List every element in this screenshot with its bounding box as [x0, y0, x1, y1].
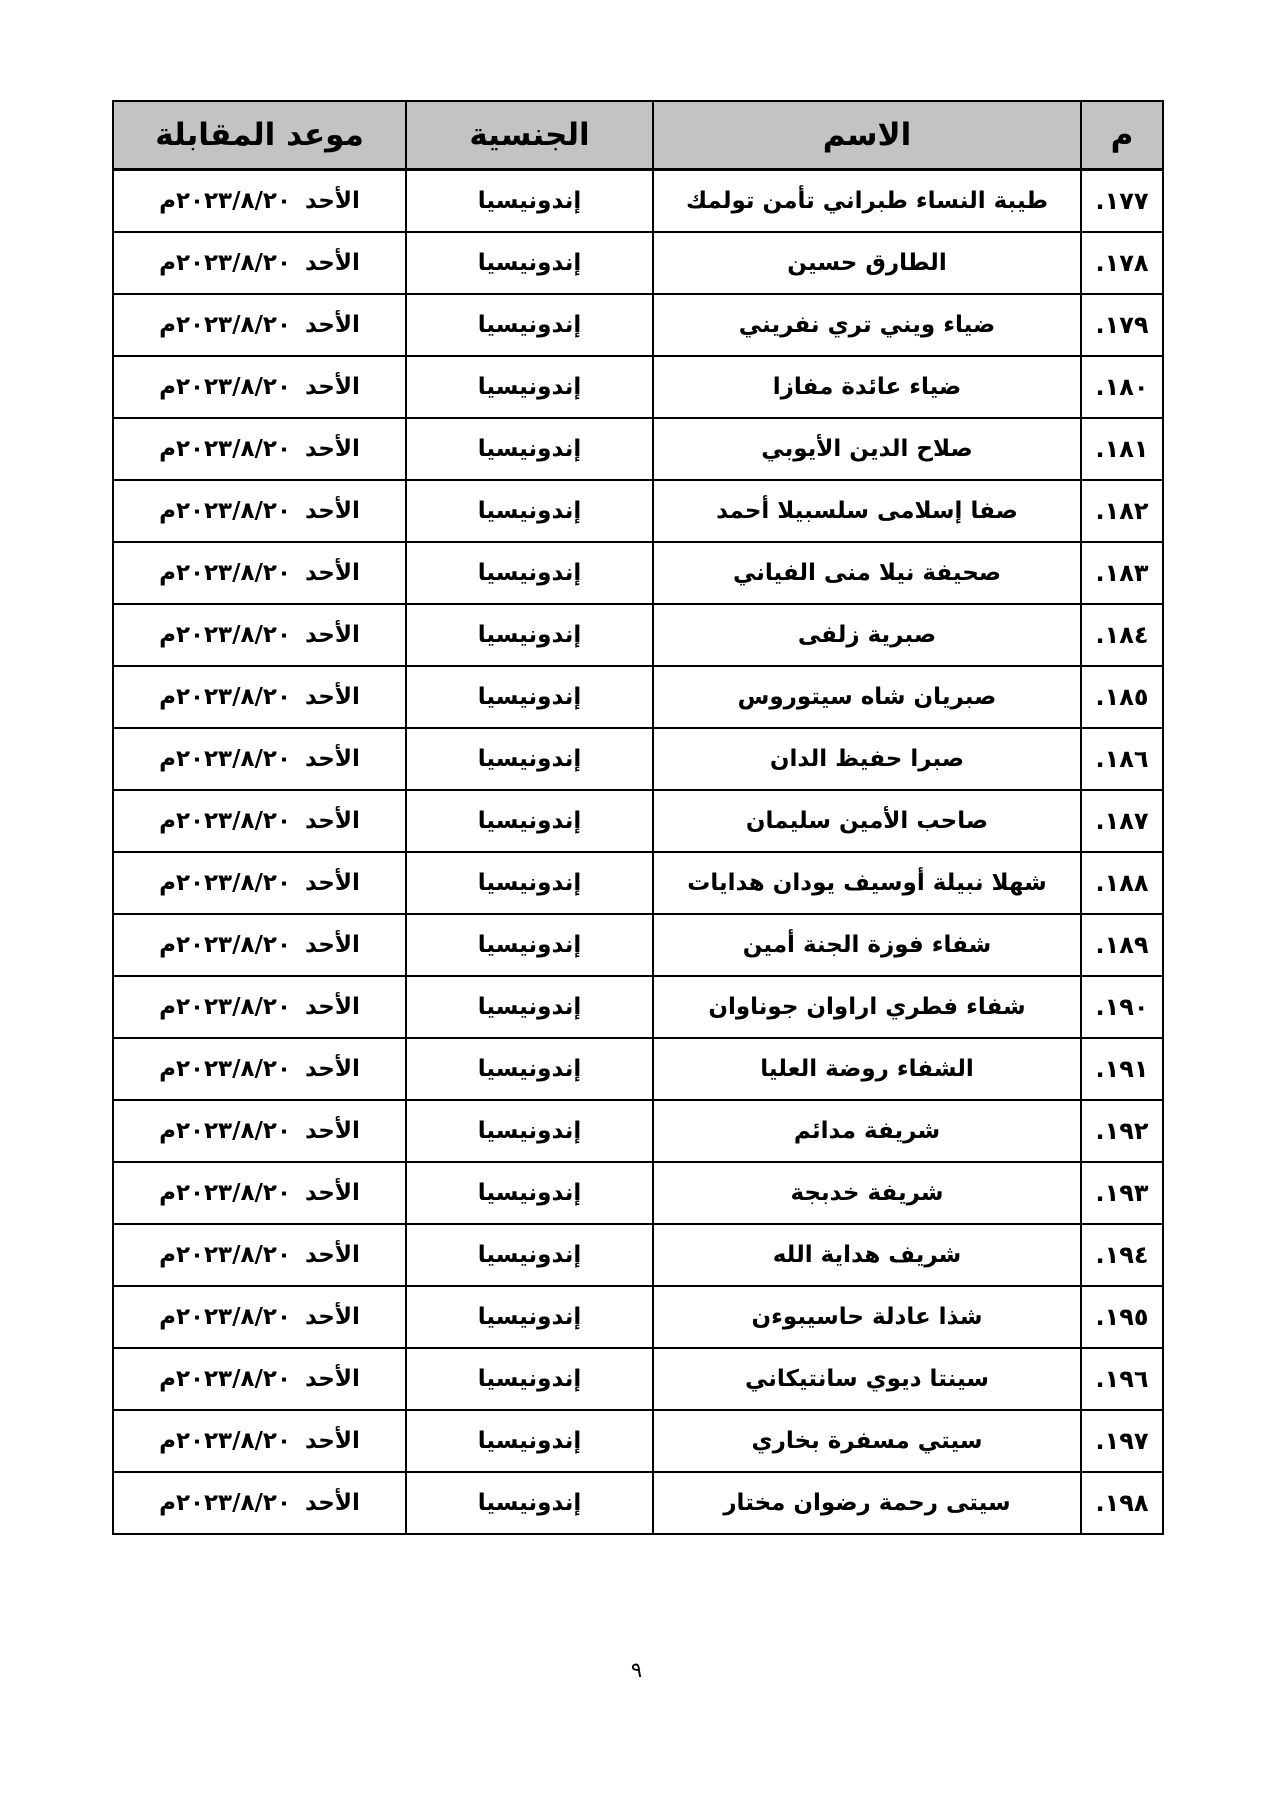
interview-date-cell: الأحد ٢٠٢٣/٨/٢٠م: [113, 1286, 406, 1348]
applicant-name-cell: الشفاء روضة العليا: [653, 1038, 1081, 1100]
applicant-name-cell: شريفة خدبجة: [653, 1162, 1081, 1224]
row-number-cell: ١٩٥.: [1081, 1286, 1163, 1348]
applicant-name-cell: صاحب الأمين سليمان: [653, 790, 1081, 852]
table-header: م الاسم الجنسية موعد المقابلة: [113, 101, 1163, 170]
nationality-cell: إندونيسيا: [406, 170, 653, 233]
nationality-cell: إندونيسيا: [406, 728, 653, 790]
applicant-name-cell: سينتا ديوي سانتيكاني: [653, 1348, 1081, 1410]
applicant-name-cell: الطارق حسين: [653, 232, 1081, 294]
table-row: ١٨٢.صفا إسلامى سلسبيلا أحمدإندونيسياالأح…: [113, 480, 1163, 542]
interview-date-cell: الأحد ٢٠٢٣/٨/٢٠م: [113, 976, 406, 1038]
interview-date-cell: الأحد ٢٠٢٣/٨/٢٠م: [113, 480, 406, 542]
table-row: ١٧٧.طيبة النساء طبراني تأمن تولمكإندونيس…: [113, 170, 1163, 233]
table-row: ١٧٨.الطارق حسينإندونيسياالأحد ٢٠٢٣/٨/٢٠م: [113, 232, 1163, 294]
nationality-cell: إندونيسيا: [406, 542, 653, 604]
row-number-cell: ١٨٧.: [1081, 790, 1163, 852]
table-row: ١٩٥.شذا عادلة حاسيبوءنإندونيسياالأحد ٢٠٢…: [113, 1286, 1163, 1348]
applicant-name-cell: صبرا حفيظ الدان: [653, 728, 1081, 790]
nationality-cell: إندونيسيا: [406, 1224, 653, 1286]
applicant-name-cell: سيتى رحمة رضوان مختار: [653, 1472, 1081, 1534]
nationality-cell: إندونيسيا: [406, 852, 653, 914]
row-number-cell: ١٨٣.: [1081, 542, 1163, 604]
row-number-cell: ١٧٨.: [1081, 232, 1163, 294]
row-number-cell: ١٩٠.: [1081, 976, 1163, 1038]
table-row: ١٩٦.سينتا ديوي سانتيكانيإندونيسياالأحد ٢…: [113, 1348, 1163, 1410]
applicant-name-cell: ضياء ويني تري نفريني: [653, 294, 1081, 356]
nationality-cell: إندونيسيا: [406, 1286, 653, 1348]
row-number-cell: ١٧٧.: [1081, 170, 1163, 233]
nationality-cell: إندونيسيا: [406, 356, 653, 418]
applicant-name-cell: طيبة النساء طبراني تأمن تولمك: [653, 170, 1081, 233]
nationality-cell: إندونيسيا: [406, 790, 653, 852]
document-page: م الاسم الجنسية موعد المقابلة ١٧٧.طيبة ا…: [0, 0, 1273, 1800]
table-row: ١٨٥.صبريان شاه سيتوروسإندونيسياالأحد ٢٠٢…: [113, 666, 1163, 728]
header-number: م: [1081, 101, 1163, 170]
table-row: ١٨٠.ضياء عائدة مفازاإندونيسياالأحد ٢٠٢٣/…: [113, 356, 1163, 418]
table-row: ١٧٩.ضياء ويني تري نفرينيإندونيسياالأحد ٢…: [113, 294, 1163, 356]
table-row: ١٩٨.سيتى رحمة رضوان مختارإندونيسياالأحد …: [113, 1472, 1163, 1534]
interview-date-cell: الأحد ٢٠٢٣/٨/٢٠م: [113, 852, 406, 914]
row-number-cell: ١٨٨.: [1081, 852, 1163, 914]
interview-date-cell: الأحد ٢٠٢٣/٨/٢٠م: [113, 1348, 406, 1410]
applicant-name-cell: شذا عادلة حاسيبوءن: [653, 1286, 1081, 1348]
row-number-cell: ١٨٦.: [1081, 728, 1163, 790]
applicant-name-cell: صفا إسلامى سلسبيلا أحمد: [653, 480, 1081, 542]
table-row: ١٩٣.شريفة خدبجةإندونيسياالأحد ٢٠٢٣/٨/٢٠م: [113, 1162, 1163, 1224]
table-row: ١٨٤.صبرية زلفىإندونيسياالأحد ٢٠٢٣/٨/٢٠م: [113, 604, 1163, 666]
nationality-cell: إندونيسيا: [406, 1100, 653, 1162]
interview-date-cell: الأحد ٢٠٢٣/٨/٢٠م: [113, 1472, 406, 1534]
nationality-cell: إندونيسيا: [406, 418, 653, 480]
header-name: الاسم: [653, 101, 1081, 170]
header-interview-date: موعد المقابلة: [113, 101, 406, 170]
row-number-cell: ١٩٣.: [1081, 1162, 1163, 1224]
row-number-cell: ١٨٤.: [1081, 604, 1163, 666]
applicant-name-cell: شريفة مدائم: [653, 1100, 1081, 1162]
applicant-name-cell: شريف هداية الله: [653, 1224, 1081, 1286]
table-row: ١٩٧.سيتي مسفرة بخاريإندونيسياالأحد ٢٠٢٣/…: [113, 1410, 1163, 1472]
nationality-cell: إندونيسيا: [406, 1162, 653, 1224]
interview-date-cell: الأحد ٢٠٢٣/٨/٢٠م: [113, 1224, 406, 1286]
interview-date-cell: الأحد ٢٠٢٣/٨/٢٠م: [113, 1410, 406, 1472]
interview-date-cell: الأحد ٢٠٢٣/٨/٢٠م: [113, 418, 406, 480]
applicant-name-cell: ضياء عائدة مفازا: [653, 356, 1081, 418]
interview-date-cell: الأحد ٢٠٢٣/٨/٢٠م: [113, 790, 406, 852]
row-number-cell: ١٨٠.: [1081, 356, 1163, 418]
nationality-cell: إندونيسيا: [406, 666, 653, 728]
row-number-cell: ١٨٩.: [1081, 914, 1163, 976]
page-number: ٩: [0, 1658, 1273, 1682]
interview-date-cell: الأحد ٢٠٢٣/٨/٢٠م: [113, 294, 406, 356]
nationality-cell: إندونيسيا: [406, 914, 653, 976]
nationality-cell: إندونيسيا: [406, 232, 653, 294]
interview-date-cell: الأحد ٢٠٢٣/٨/٢٠م: [113, 170, 406, 233]
row-number-cell: ١٩٧.: [1081, 1410, 1163, 1472]
header-nationality: الجنسية: [406, 101, 653, 170]
table-row: ١٨٩.شفاء فوزة الجنة أمينإندونيسياالأحد ٢…: [113, 914, 1163, 976]
table-header-row: م الاسم الجنسية موعد المقابلة: [113, 101, 1163, 170]
row-number-cell: ١٩٨.: [1081, 1472, 1163, 1534]
applicant-name-cell: شفاء فوزة الجنة أمين: [653, 914, 1081, 976]
table-row: ١٨٧.صاحب الأمين سليمانإندونيسياالأحد ٢٠٢…: [113, 790, 1163, 852]
applicant-name-cell: صلاح الدين الأيوبي: [653, 418, 1081, 480]
row-number-cell: ١٧٩.: [1081, 294, 1163, 356]
applicant-name-cell: صحيفة نيلا منى الفياني: [653, 542, 1081, 604]
nationality-cell: إندونيسيا: [406, 1472, 653, 1534]
interview-date-cell: الأحد ٢٠٢٣/٨/٢٠م: [113, 542, 406, 604]
table-row: ١٨١.صلاح الدين الأيوبيإندونيسياالأحد ٢٠٢…: [113, 418, 1163, 480]
table-row: ١٨٣.صحيفة نيلا منى الفيانيإندونيسياالأحد…: [113, 542, 1163, 604]
table-row: ١٨٦.صبرا حفيظ الدانإندونيسياالأحد ٢٠٢٣/٨…: [113, 728, 1163, 790]
table-row: ١٩٠.شفاء فطري اراوان جوناوانإندونيسياالأ…: [113, 976, 1163, 1038]
interview-date-cell: الأحد ٢٠٢٣/٨/٢٠م: [113, 728, 406, 790]
nationality-cell: إندونيسيا: [406, 1038, 653, 1100]
applicant-name-cell: شفاء فطري اراوان جوناوان: [653, 976, 1081, 1038]
nationality-cell: إندونيسيا: [406, 480, 653, 542]
applicant-name-cell: صبريان شاه سيتوروس: [653, 666, 1081, 728]
table-row: ١٩٤.شريف هداية اللهإندونيسياالأحد ٢٠٢٣/٨…: [113, 1224, 1163, 1286]
applicant-name-cell: سيتي مسفرة بخاري: [653, 1410, 1081, 1472]
row-number-cell: ١٨٥.: [1081, 666, 1163, 728]
applicant-name-cell: شهلا نبيلة أوسيف يودان هدايات: [653, 852, 1081, 914]
nationality-cell: إندونيسيا: [406, 604, 653, 666]
row-number-cell: ١٨١.: [1081, 418, 1163, 480]
interview-date-cell: الأحد ٢٠٢٣/٨/٢٠م: [113, 1162, 406, 1224]
table-row: ١٩١.الشفاء روضة العلياإندونيسياالأحد ٢٠٢…: [113, 1038, 1163, 1100]
interview-date-cell: الأحد ٢٠٢٣/٨/٢٠م: [113, 232, 406, 294]
applicant-name-cell: صبرية زلفى: [653, 604, 1081, 666]
row-number-cell: ١٩٦.: [1081, 1348, 1163, 1410]
row-number-cell: ١٨٢.: [1081, 480, 1163, 542]
interview-date-cell: الأحد ٢٠٢٣/٨/٢٠م: [113, 914, 406, 976]
nationality-cell: إندونيسيا: [406, 1410, 653, 1472]
row-number-cell: ١٩١.: [1081, 1038, 1163, 1100]
nationality-cell: إندونيسيا: [406, 1348, 653, 1410]
nationality-cell: إندونيسيا: [406, 976, 653, 1038]
table-body: ١٧٧.طيبة النساء طبراني تأمن تولمكإندونيس…: [113, 170, 1163, 1535]
row-number-cell: ١٩٤.: [1081, 1224, 1163, 1286]
interview-date-cell: الأحد ٢٠٢٣/٨/٢٠م: [113, 604, 406, 666]
table-row: ١٨٨.شهلا نبيلة أوسيف يودان هداياتإندونيس…: [113, 852, 1163, 914]
interview-date-cell: الأحد ٢٠٢٣/٨/٢٠م: [113, 1038, 406, 1100]
row-number-cell: ١٩٢.: [1081, 1100, 1163, 1162]
interview-date-cell: الأحد ٢٠٢٣/٨/٢٠م: [113, 356, 406, 418]
table-row: ١٩٢.شريفة مدائمإندونيسياالأحد ٢٠٢٣/٨/٢٠م: [113, 1100, 1163, 1162]
interview-date-cell: الأحد ٢٠٢٣/٨/٢٠م: [113, 666, 406, 728]
nationality-cell: إندونيسيا: [406, 294, 653, 356]
interview-schedule-table: م الاسم الجنسية موعد المقابلة ١٧٧.طيبة ا…: [112, 100, 1164, 1535]
interview-date-cell: الأحد ٢٠٢٣/٨/٢٠م: [113, 1100, 406, 1162]
